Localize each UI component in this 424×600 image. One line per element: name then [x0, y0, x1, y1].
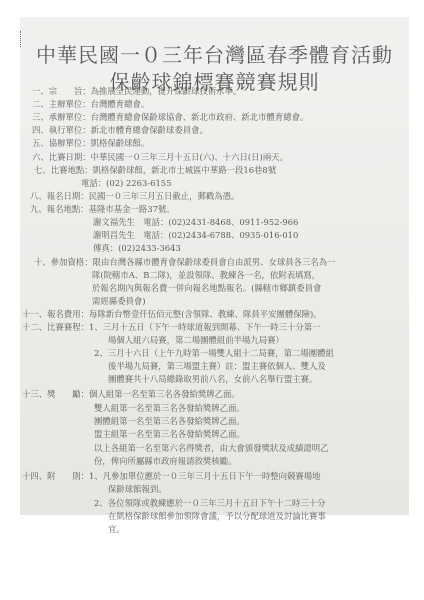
- appendix-2: 2、各位領隊或教練應於一０三年三月十五日下午十二時三十分: [94, 498, 325, 509]
- eligibility-line3: 於報名期內與報名費一併向報名地點報名。(縣轄市鄉鎮委員會: [92, 283, 321, 294]
- rule-eligibility: 十、參加資格：限由台灣各縣市體育會保齡球委員會自由派男、女球員各三名為一: [34, 257, 336, 268]
- award-note: 以上各組第一名至第六名得獎者，由大會頒發獎狀及成績證明乙: [94, 443, 329, 454]
- scanned-document-page: 中華民國一０三年台灣區春季體育活動 保齡球錦標賽競賽規則 一、宗 旨：為推展全民…: [20, 17, 409, 515]
- rule-appendix: 十四、附 則：1、凡參加單位應於一０三年三月十五日下午一時整向競賽場地: [22, 471, 320, 482]
- appendix-2-line2: 在凱格保齡球館參加領隊會議，予以分配球道及討論比賽事: [108, 511, 326, 522]
- rule-purpose: 一、宗 旨：為推展全民運動，提升保齡球技術水準。: [32, 86, 241, 97]
- schedule-day2-line3: 團體賽共十八局總錄取男前八名，女前八名舉行盟主賽。: [108, 374, 317, 385]
- rule-registration-fee: 十一、報名費用：每隊新台幣壹仟伍佰元整(含領隊、教練、隊員平安團體保險)。: [22, 309, 322, 320]
- document-title-line1: 中華民國一０三年台灣區春季體育活動: [20, 39, 409, 68]
- contact-1: 謝文福先生 電話：(02)2431-8468、0911-952-966: [93, 217, 298, 228]
- appendix-2-line3: 宜。: [108, 524, 125, 535]
- contact-fax: 傳真：(02)2433-3643: [93, 243, 181, 254]
- rule-registration-location: 九、報名地點：基隆市基金一路37號。: [30, 204, 175, 215]
- rule-host: 三、承辦單位：台灣體育總會保齡球協會、新北市政府、新北市體育總會。: [32, 112, 308, 123]
- schedule-line2: 場個人組六局賽，第二場團體組前半場九局賽）: [108, 335, 284, 346]
- schedule-day2-line2: 後半場九局賽，第三場盟主賽）註：盟主賽依個人、雙人及: [108, 361, 326, 372]
- eligibility-line2: 隊(院轄市A、B二隊)，並設領隊、教練各一名，依附表填寫，: [92, 270, 320, 281]
- rule-organizer: 二、主辦單位：台灣體育總會。: [32, 99, 149, 110]
- award-doubles: 雙人組第一名至第三名各發給獎牌乙面。: [94, 403, 245, 414]
- award-note-line2: 份，俾向所屬縣市政府報請敘獎核勵。: [94, 456, 236, 467]
- rule-executor: 四、執行單位：新北市體育總會保齡球委員會。: [32, 125, 208, 136]
- rule-dates: 六、比賽日期：中華民國一０三年三月十五日(六)、十六日(日)兩天。: [32, 152, 288, 163]
- eligibility-line4: 需經縣委員會): [92, 296, 146, 307]
- rule-schedule: 十二、比賽賽程：1、三月十五日（下午一時球道報到開幕、下午一時三十分第一: [22, 322, 320, 333]
- appendix-1-line2: 保齡球館報到。: [108, 484, 167, 495]
- rule-co-organizer: 五、協辦單位：凱格保齡球館。: [32, 138, 149, 149]
- rule-awards: 十三、獎 勵：個人組第一名至第三名各發給獎牌乙面。: [22, 389, 240, 400]
- venue-phone: 電話：(02) 2263-6155: [81, 178, 171, 189]
- schedule-day2: 2、三月十六日（上午九時第一場雙人組十二局賽，第二場團體組: [94, 348, 334, 359]
- rule-venue: 七、比賽地點：凱格保齡球館，新北市土城區中華路一段16巷8號: [34, 165, 276, 176]
- contact-2: 謝明昌先生 電話：(02)2434-6788、0935-016-010: [93, 230, 298, 241]
- award-masters: 盟主組第一名至第三名各發給獎牌乙面。: [94, 429, 245, 440]
- rule-registration-deadline: 八、報名日期：民國一０三年三月五日截止，郵戳為憑。: [30, 191, 239, 202]
- award-team: 團體組第一名至第三名各發給獎牌乙面。: [94, 416, 245, 427]
